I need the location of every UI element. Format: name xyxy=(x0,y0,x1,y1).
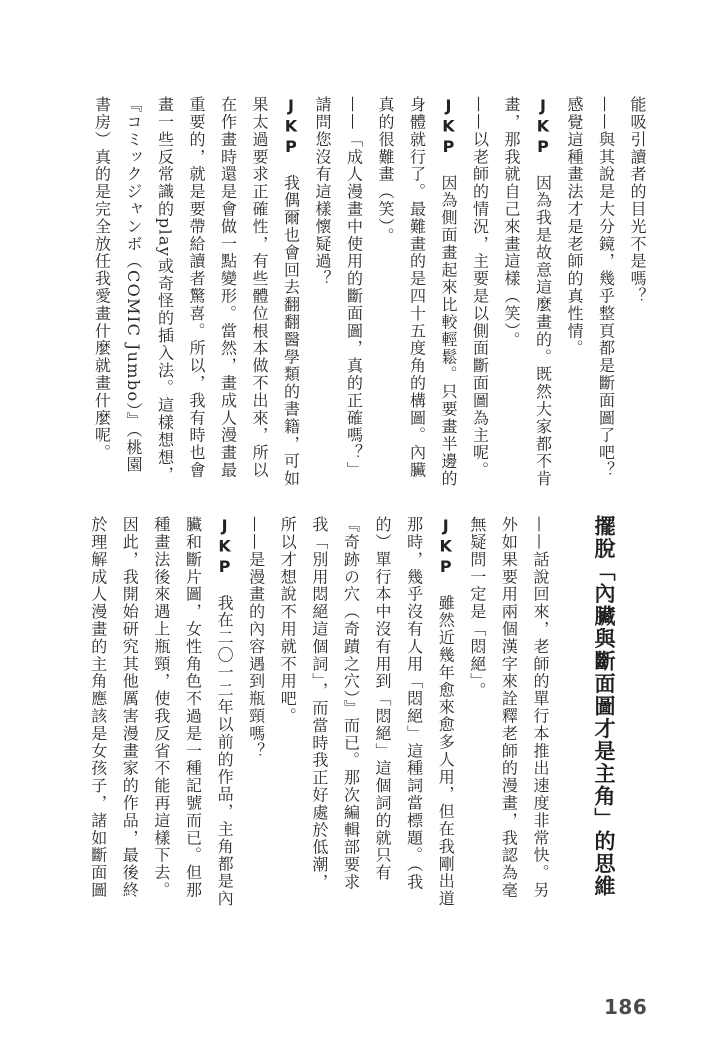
column-text: 的）單行本中沒有用到「悶絕」這個詞的就只有 xyxy=(373,516,392,881)
column-text: 於理解成人漫畫的主角應該是女孩子，諸如斷面圖 xyxy=(89,516,108,899)
speaker-label: JKP xyxy=(439,96,458,157)
text-column: 感覺這種畫法才是老師的真性情。 xyxy=(559,96,591,496)
column-text: 因此，我開始研究其他厲害漫畫家的作品，最後終 xyxy=(120,516,139,899)
text-column: 無疑問一定是「悶絕」。 xyxy=(461,516,493,916)
text-column: 書房）真的是完全放任我愛畫什麼就畫什麼呢。 xyxy=(86,96,118,496)
column-text: ——「成人漫畫中使用的斷面圖，真的正確嗎？」 xyxy=(345,96,364,479)
column-text: ——話說回來，老師的單行本推出速度非常快。另 xyxy=(531,516,550,899)
interviewer-question: ——是漫畫的內容遇到瓶頸嗎？ xyxy=(240,516,272,916)
column-text: 重要的，就是要帶給讀者驚喜。所以，我有時也會 xyxy=(187,96,206,479)
column-text: 畫一些反常識的play或奇怪的插入法。這樣想想， xyxy=(156,96,175,484)
bottom-text-block: ——話說回來，老師的單行本推出速度非常快。另 外如果要用兩個漢字來詮釋老師的漫畫… xyxy=(82,516,556,916)
text-column: 身體就行了。最難畫的是四十五度角的構圖。內臟 xyxy=(401,96,433,496)
interviewer-question: ——以老師的情況，主要是以側面斷面圖為主呢。 xyxy=(464,96,496,496)
column-text: 我在二〇一二年以前的作品，主角都是內 xyxy=(215,594,234,907)
speaker-label: JKP xyxy=(534,96,553,157)
text-column: 種畫法後來遇上瓶頸，使我反省不能再這樣下去。 xyxy=(145,516,177,916)
column-text: 身體就行了。最難畫的是四十五度角的構圖。內臟 xyxy=(408,96,427,479)
column-text: 那時，幾乎沒有人用「悶絕」這種詞當標題。（我 xyxy=(405,516,424,891)
text-column: 的）單行本中沒有用到「悶絕」這個詞的就只有 xyxy=(366,516,398,916)
column-text: ——與其說是大分鏡，幾乎整頁都是斷面圖了吧？ xyxy=(597,96,616,479)
interviewee-answer: JKP因為側面畫起來比較輕鬆。只要畫半邊的 xyxy=(433,96,465,496)
text-column: 『奇跡の穴（奇蹟之穴）』而已。那次編輯部要求 xyxy=(335,516,367,916)
interviewer-question: ——話說回來，老師的單行本推出速度非常快。另 xyxy=(524,516,556,916)
text-column: 畫一些反常識的play或奇怪的插入法。這樣想想， xyxy=(149,96,181,496)
column-text: 因為側面畫起來比較輕鬆。只要畫半邊的 xyxy=(439,174,458,487)
column-text: ——以老師的情況，主要是以側面斷面圖為主呢。 xyxy=(471,96,490,479)
section-heading: 擺脫「內臟與斷面圖才是主角」的思維 xyxy=(590,515,618,898)
text-column: 於理解成人漫畫的主角應該是女孩子，諸如斷面圖 xyxy=(82,516,114,916)
interviewer-question: ——與其說是大分鏡，幾乎整頁都是斷面圖了吧？ xyxy=(590,96,622,496)
column-text: 雖然近幾年愈來愈多人用，但在我剛出道 xyxy=(436,594,455,907)
column-text: 請問您沒有這樣懷疑過？ xyxy=(313,96,332,287)
column-text: 果太過要求正確性，有些體位根本做不出來，所以 xyxy=(250,96,269,479)
interviewee-answer: JKP因為我是故意這麼畫的。既然大家都不肯 xyxy=(527,96,559,496)
text-column: 在作畫時還是會做一點變形。當然，畫成人漫畫最 xyxy=(212,96,244,496)
text-column: 我「別用悶絕這個詞」，而當時我正好處於低潮， xyxy=(303,516,335,916)
column-text: 臟和斷片圖，女性角色不過是一種記號而已。但那 xyxy=(183,516,202,899)
column-text: 因為我是故意這麼畫的。既然大家都不肯 xyxy=(534,174,553,487)
top-text-block: 能吸引讀者的目光不是嗎？ ——與其說是大分鏡，幾乎整頁都是斷面圖了吧？ 感覺這種… xyxy=(86,96,653,496)
column-text: 我偶爾也會回去翻翻醫學類的書籍，可如 xyxy=(282,174,301,487)
interviewer-question: ——「成人漫畫中使用的斷面圖，真的正確嗎？」 xyxy=(338,96,370,496)
column-text: 『コミックジャンボ（COMIC Jumbo）』（桃園 xyxy=(124,96,143,474)
text-column: 請問您沒有這樣懷疑過？ xyxy=(307,96,339,496)
interviewee-answer: JKP雖然近幾年愈來愈多人用，但在我剛出道 xyxy=(430,516,462,916)
interviewee-answer: JKP我在二〇一二年以前的作品，主角都是內 xyxy=(208,516,240,916)
column-text: 外如果要用兩個漢字來詮釋老師的漫畫，我認為毫 xyxy=(499,516,518,899)
speaker-label: JKP xyxy=(215,516,234,577)
column-text: 畫，那我就自己來畫這樣（笑）。 xyxy=(502,96,521,349)
text-column: 『コミックジャンボ（COMIC Jumbo）』（桃園 xyxy=(118,96,150,496)
speaker-label: JKP xyxy=(282,96,301,157)
column-text: 所以才想說不用就不用吧。 xyxy=(278,516,297,725)
column-text: 書房）真的是完全放任我愛畫什麼就畫什麼呢。 xyxy=(93,96,112,461)
column-text: 能吸引讀者的目光不是嗎？ xyxy=(628,96,647,305)
interviewee-answer: JKP我偶爾也會回去翻翻醫學類的書籍，可如 xyxy=(275,96,307,496)
text-column: 重要的，就是要帶給讀者驚喜。所以，我有時也會 xyxy=(181,96,213,496)
column-text: 無疑問一定是「悶絕」。 xyxy=(468,516,487,699)
text-column: 外如果要用兩個漢字來詮釋老師的漫畫，我認為毫 xyxy=(493,516,525,916)
text-column: 能吸引讀者的目光不是嗎？ xyxy=(622,96,654,496)
speaker-label: JKP xyxy=(436,516,455,577)
column-text: 種畫法後來遇上瓶頸，使我反省不能再這樣下去。 xyxy=(152,516,171,899)
text-column: 所以才想說不用就不用吧。 xyxy=(272,516,304,916)
column-text: ——是漫畫的內容遇到瓶頸嗎？ xyxy=(247,516,266,760)
text-column: 真的很難畫（笑）。 xyxy=(370,96,402,496)
text-column: 那時，幾乎沒有人用「悶絕」這種詞當標題。（我 xyxy=(398,516,430,916)
text-column: 因此，我開始研究其他厲害漫畫家的作品，最後終 xyxy=(114,516,146,916)
text-column: 臟和斷片圖，女性角色不過是一種記號而已。但那 xyxy=(177,516,209,916)
column-text: 我「別用悶絕這個詞」，而當時我正好處於低潮， xyxy=(310,516,329,891)
column-text: 感覺這種畫法才是老師的真性情。 xyxy=(565,96,584,357)
column-text: 『奇跡の穴（奇蹟之穴）』而已。那次編輯部要求 xyxy=(341,516,360,891)
column-text: 真的很難畫（笑）。 xyxy=(376,96,395,245)
page-number: 186 xyxy=(604,995,647,1019)
column-text: 在作畫時還是會做一點變形。當然，畫成人漫畫最 xyxy=(219,96,238,479)
text-column: 果太過要求正確性，有些體位根本做不出來，所以 xyxy=(244,96,276,496)
text-column: 畫，那我就自己來畫這樣（笑）。 xyxy=(496,96,528,496)
